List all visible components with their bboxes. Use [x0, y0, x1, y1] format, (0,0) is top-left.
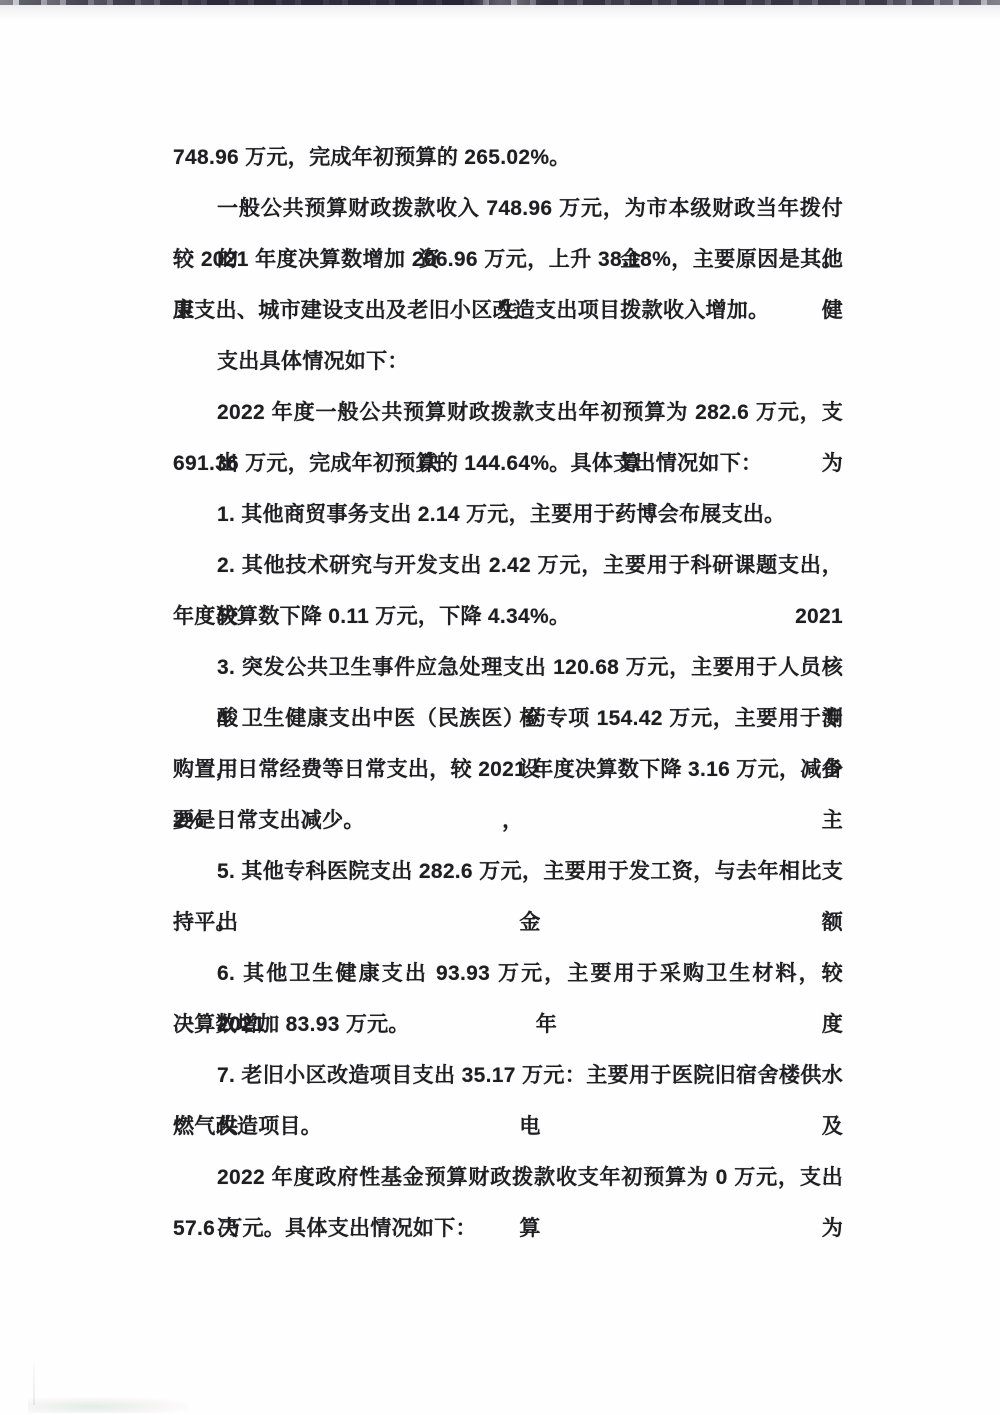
- text-line: 748.96 万元，完成年初预算的 265.02%。: [173, 132, 843, 183]
- text-line: 2. 其他技术研究与开发支出 2.42 万元，主要用于科研课题支出，较 2021: [173, 540, 843, 591]
- text-line: 1. 其他商贸事务支出 2.14 万元，主要用于药博会布展支出。: [173, 489, 843, 540]
- document-content: 748.96 万元，完成年初预算的 265.02%。 一般公共预算财政拨款收入 …: [173, 132, 843, 1254]
- text-line: 一般公共预算财政拨款收入 748.96 万元，为市本级财政当年拨付的资金。: [173, 183, 843, 234]
- text-line: 购置，日常经费等日常支出，较 2021 年度决算数下降 3.16 万元，减少 2…: [173, 744, 843, 795]
- document-page: 748.96 万元，完成年初预算的 265.02%。 一般公共预算财政拨款收入 …: [0, 0, 1000, 1415]
- text-line: 6. 其他卫生健康支出 93.93 万元，主要用于采购卫生材料，较 2021 年…: [173, 948, 843, 999]
- text-line: 4. 卫生健康支出中医（民族医）药专项 154.42 万元，主要用于专用设备: [173, 693, 843, 744]
- text-line: 3. 突发公共卫生事件应急处理支出 120.68 万元，主要用于人员核酸检测: [173, 642, 843, 693]
- text-line: 2022 年度政府性基金预算财政拨款收支年初预算为 0 万元，支出决算为: [173, 1152, 843, 1203]
- text-line: 康支出、城市建设支出及老旧小区改造支出项目拨款收入增加。: [173, 285, 843, 336]
- scan-noise-top-shadow: [0, 5, 1000, 19]
- text-line: 2022 年度一般公共预算财政拨款支出年初预算为 282.6 万元，支出决算为: [173, 387, 843, 438]
- scan-smudge-bottom-left: [28, 1397, 188, 1413]
- text-line: 5. 其他专科医院支出 282.6 万元，主要用于发工资，与去年相比支出金额: [173, 846, 843, 897]
- text-line: 支出具体情况如下：: [173, 336, 843, 387]
- text-line: 较 2021 年度决算数增加 206.96 万元，上升 38.18%，主要原因是…: [173, 234, 843, 285]
- text-line: 691.36 万元，完成年初预算的 144.64%。具体支出情况如下：: [173, 438, 843, 489]
- text-line: 7. 老旧小区改造项目支出 35.17 万元：主要用于医院旧宿舍楼供水供电及: [173, 1050, 843, 1101]
